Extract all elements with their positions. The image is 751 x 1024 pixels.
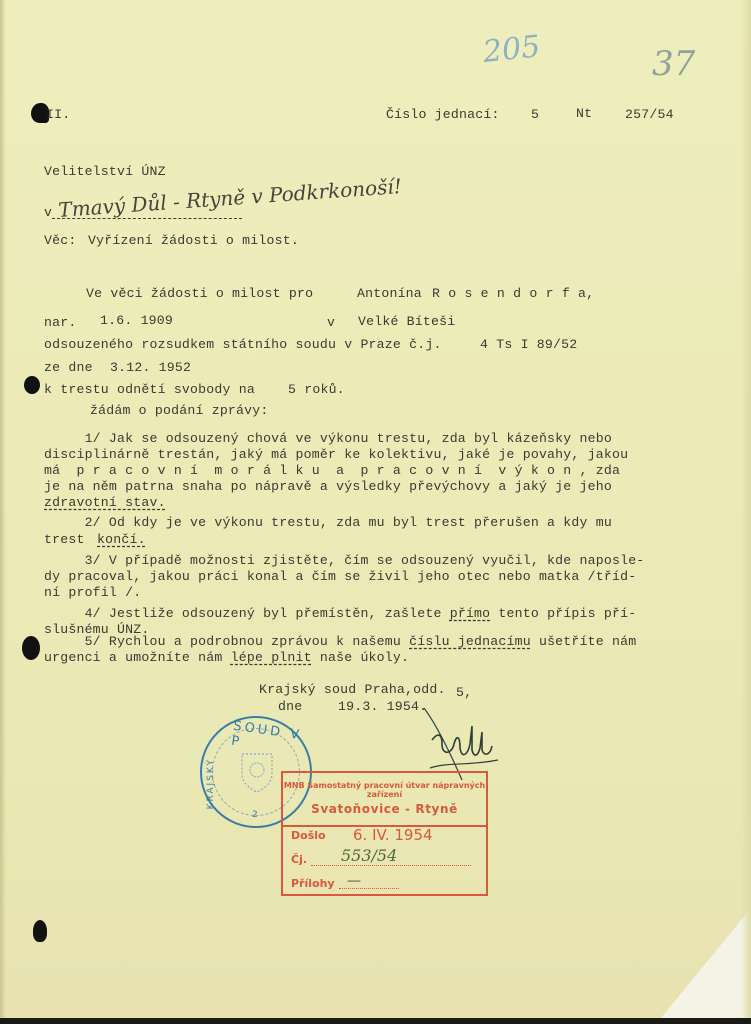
attachments-value: —	[347, 873, 361, 889]
question-4-text-before: 4/ Jestliže odsouzený byl přemístěn, zaš…	[44, 606, 450, 621]
question-1-underlined: zdravotní stav.	[44, 495, 166, 510]
document-page: 205 37 II. Číslo jednací: 5 Nt 257/54 Ve…	[0, 0, 751, 1018]
question-1-line-2: disciplinárně trestán, jaký má poměr ke …	[44, 447, 628, 462]
reference-label: Číslo jednací:	[386, 107, 500, 122]
stamp-left-text: KRAJSKÝ	[206, 758, 216, 809]
request-line: žádám o podání zprávy:	[90, 403, 269, 418]
convict-first-name: Antonína	[357, 286, 422, 301]
intro-text: Ve věci žádosti o milost pro	[86, 286, 313, 301]
question-5-line-2-underlined: lépe plnit	[231, 650, 312, 665]
header-prefix: II.	[46, 107, 70, 122]
reference-type: Nt	[576, 106, 592, 121]
question-5-line-2-after: naše úkoly.	[312, 650, 409, 665]
page-corner-fold	[661, 908, 751, 1018]
question-5-line-2-before: urgenci a umožníte nám	[44, 650, 231, 665]
sentence-years: 5 roků.	[288, 382, 345, 397]
subject-label: Věc:	[44, 233, 76, 248]
question-4-underlined: přímo	[450, 606, 491, 621]
reference-number: 257/54	[625, 107, 674, 122]
question-1-line-4: je na něm patrna snaha po nápravě a výsl…	[44, 479, 612, 494]
addressee-prefix-v: v	[44, 205, 52, 220]
born-label: nar.	[44, 315, 76, 330]
addressee-line: Velitelství ÚNZ	[44, 164, 166, 179]
question-1-line-3: má p r a c o v n í m o r á l k u a p r a…	[44, 463, 620, 478]
question-3-line-3: ní profil /.	[44, 585, 141, 600]
question-1-line-1: 1/ Jak se odsouzený chová ve výkonu tres…	[44, 431, 612, 446]
case-number: 4 Ts I 89/52	[480, 337, 577, 352]
born-place-prefix: v	[327, 315, 335, 330]
signature-date-value: 19.3. 1954.	[338, 699, 427, 714]
ref-label: Čj.	[291, 853, 307, 866]
receipt-stamp: MNB Samostatný pracovní útvar nápravných…	[281, 771, 488, 896]
attachments-label: Přílohy	[291, 877, 335, 890]
sentence-text: k trestu odnětí svobody na	[44, 382, 255, 397]
pencil-annotation-number: 205	[481, 29, 542, 70]
question-5-underlined: číslu jednacímu	[409, 634, 531, 649]
receipt-city: Svatoňovice - Rtyně	[283, 802, 486, 816]
question-5-line-1: 5/ Rychlou a podrobnou zprávou k našemu …	[44, 634, 636, 649]
date-value: 3.12. 1952	[110, 360, 191, 375]
receipt-organization: MNB Samostatný pracovní útvar nápravných…	[283, 781, 486, 799]
born-place: Velké Bíteši	[358, 314, 455, 329]
question-2-line-1: 2/ Od kdy je ve výkonu trestu, zda mu by…	[44, 515, 612, 530]
pencil-annotation-folio: 37	[652, 44, 695, 84]
state-emblem-icon	[232, 746, 282, 796]
question-2-prefix: trest	[44, 532, 93, 547]
question-5-text-before: 5/ Rychlou a podrobnou zprávou k našemu	[44, 634, 409, 649]
punch-hole-mark-icon	[33, 920, 47, 942]
received-label: Došlo	[291, 829, 326, 842]
question-3-line-2: dy pracoval, jakou práci konal a čím se …	[44, 569, 636, 584]
punch-hole-mark-icon	[22, 636, 40, 660]
punch-hole-mark-icon	[24, 376, 40, 394]
subject-text: Vyřízení žádosti o milost.	[88, 233, 299, 248]
sentenced-text: odsouzeného rozsudkem státního soudu v P…	[44, 337, 442, 352]
signature-date-label: dne	[278, 699, 302, 714]
date-label: ze dne	[44, 360, 93, 375]
ref-dotted-line	[311, 865, 471, 866]
receipt-stamp-header: MNB Samostatný pracovní útvar nápravných…	[283, 781, 486, 827]
question-4-line-1: 4/ Jestliže odsouzený byl přemístěn, zaš…	[44, 606, 636, 621]
question-4-text-after: tento přípis pří-	[490, 606, 636, 621]
convict-last-name: R o s e n d o r f a,	[432, 286, 594, 301]
question-2-underlined: končí.	[97, 532, 146, 547]
stamp-bottom-mark: 2	[252, 810, 258, 820]
ref-handwritten-value: 553/54	[341, 846, 397, 865]
signature-department: 5,	[456, 685, 472, 700]
signature-court: Krajský soud Praha,odd.	[259, 682, 446, 697]
question-5-line-2: urgenci a umožníte nám lépe plnit naše ú…	[44, 650, 409, 665]
received-date: 6. IV. 1954	[353, 826, 433, 844]
reference-senate: 5	[531, 107, 539, 122]
handwritten-location: Tmavý Důl - Rtyně v Podkrkonoší!	[58, 174, 403, 222]
question-3-line-1: 3/ V případě možnosti zjistěte, čím se o…	[44, 553, 644, 568]
question-5-text-after: ušetříte nám	[531, 634, 636, 649]
born-date: 1.6. 1909	[100, 313, 173, 328]
